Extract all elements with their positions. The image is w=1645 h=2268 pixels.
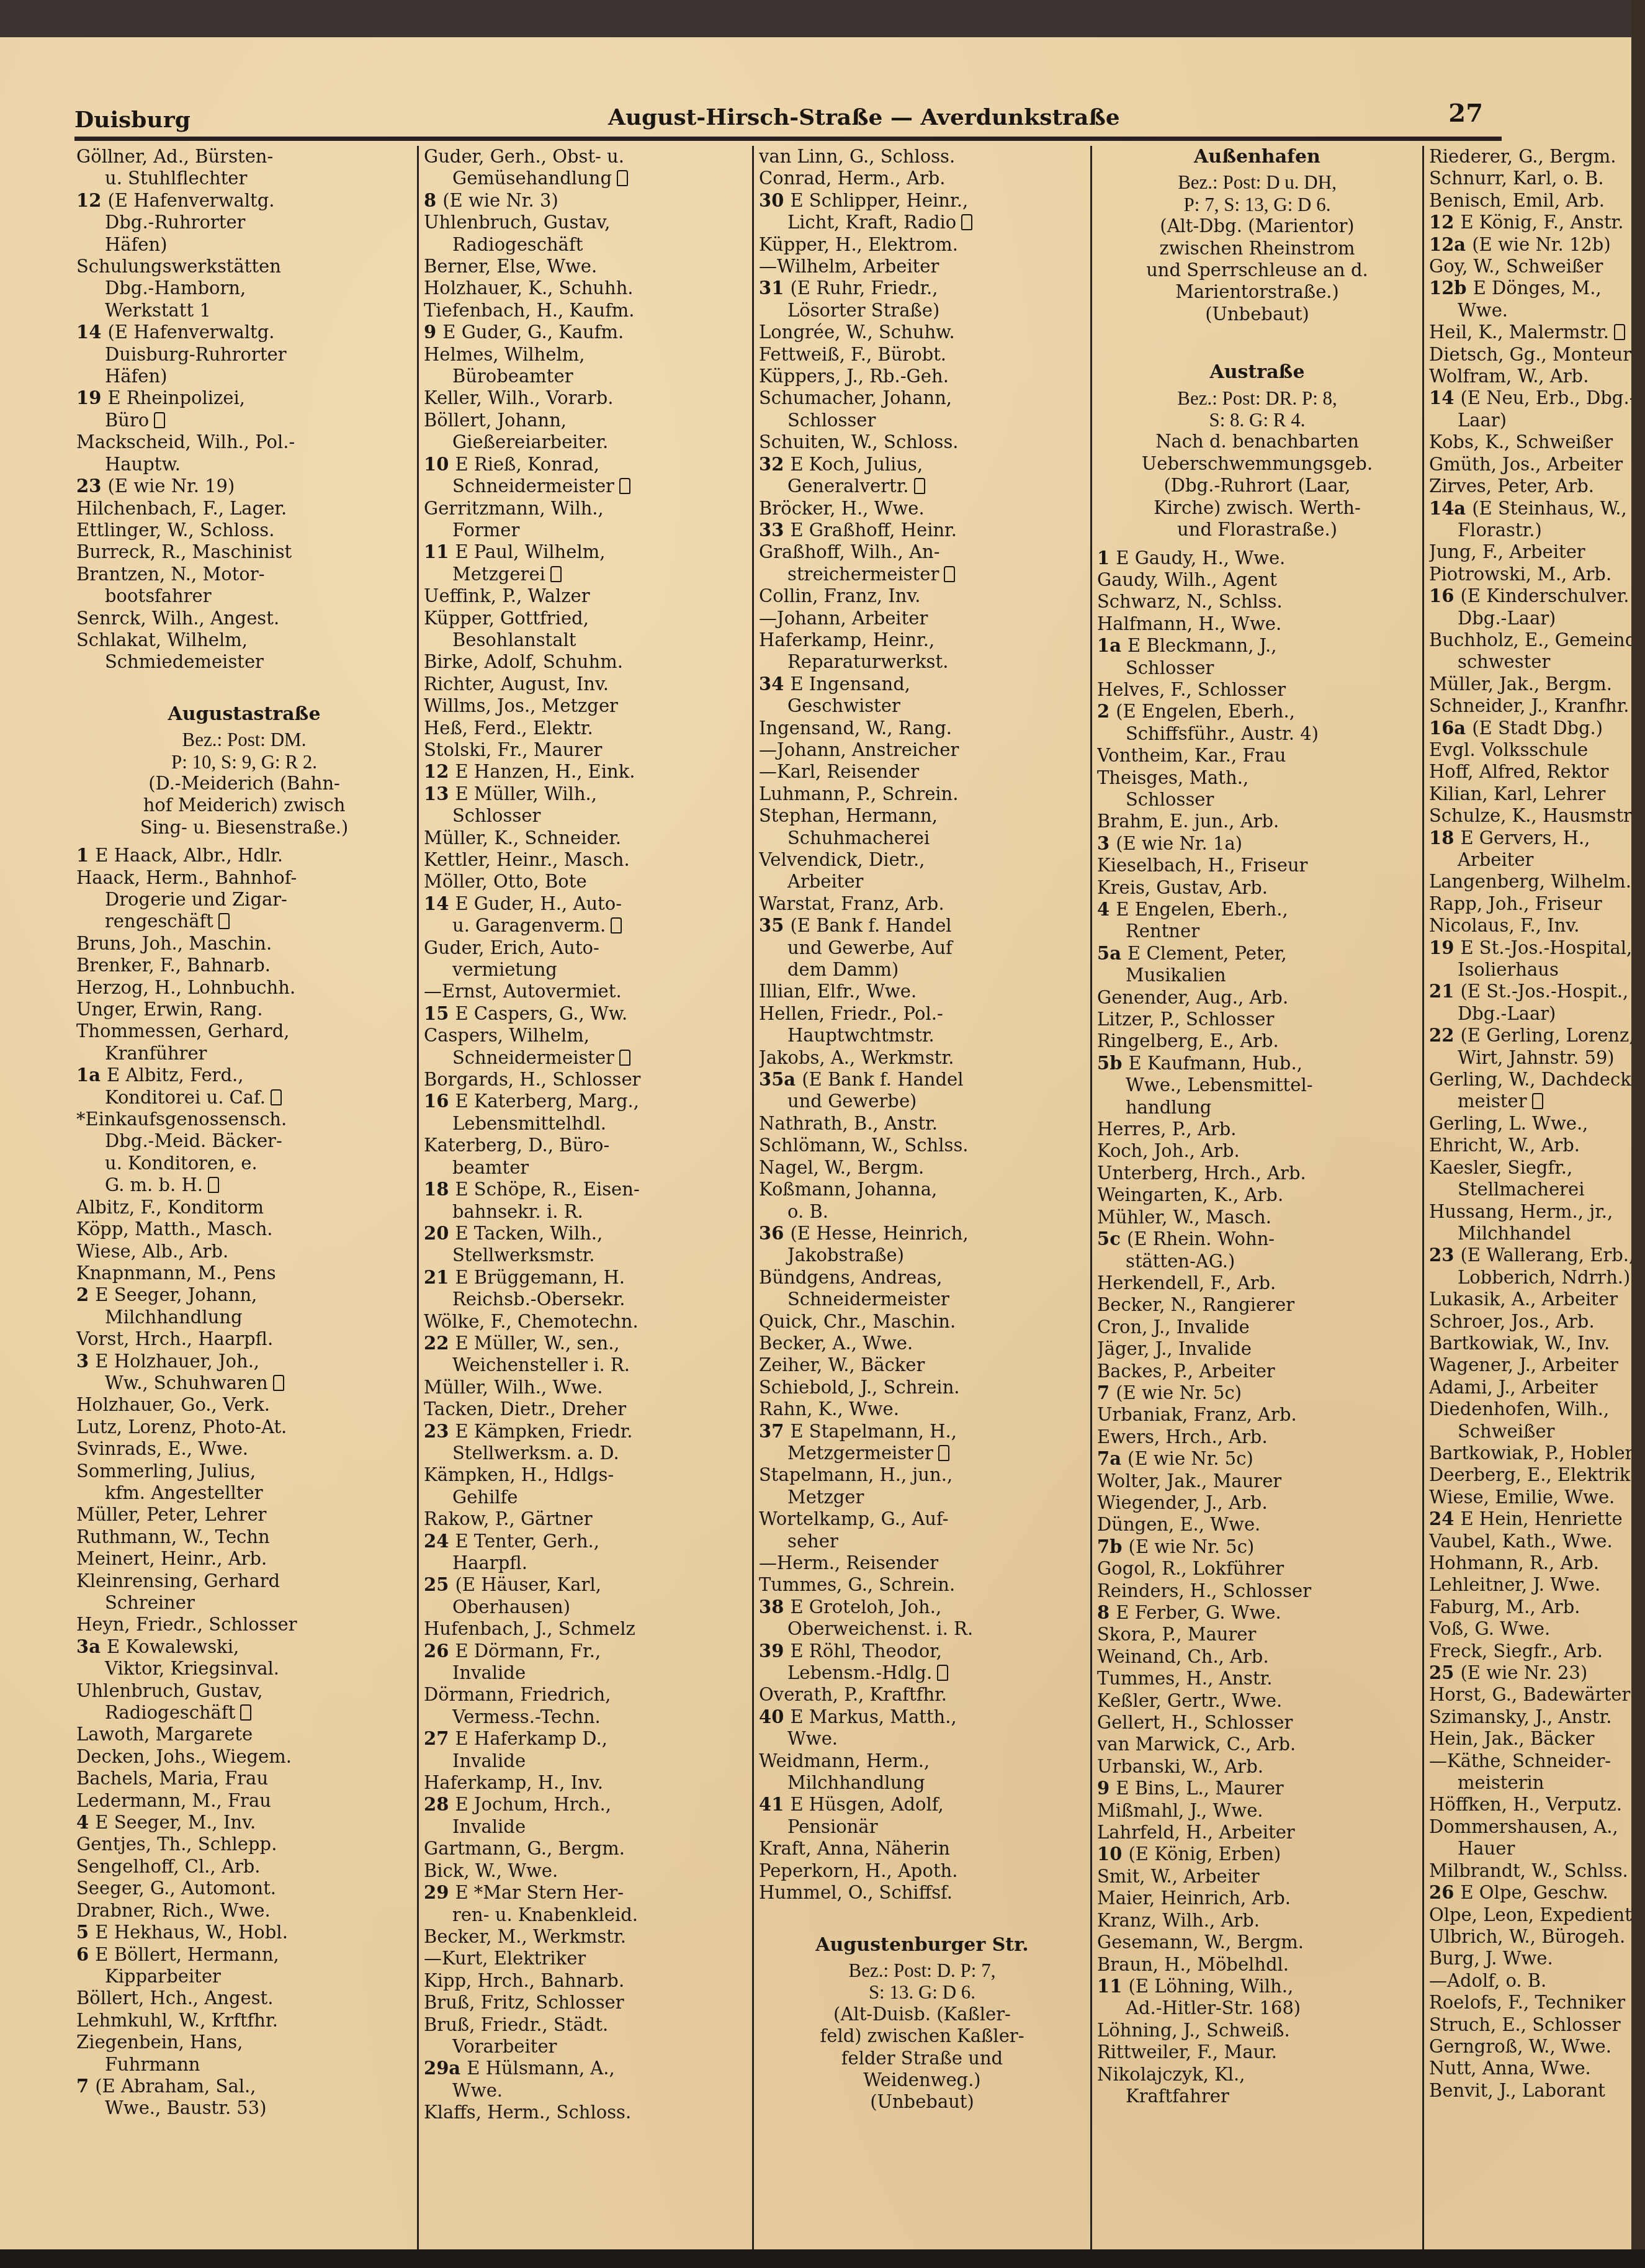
entry-text: Düngen, E., Wwe. <box>1097 1514 1260 1535</box>
entry-continuation: Hauer <box>1429 1838 1645 1860</box>
resident-entry: 14a (E Steinhaus, W., <box>1429 498 1645 520</box>
resident-entry: Schlakat, Wilhelm, <box>76 629 412 651</box>
resident-entry: —Ernst, Autovermiet. <box>424 981 747 1002</box>
scan-top-edge <box>0 0 1645 37</box>
resident-entry: Koch, Joh., Arb. <box>1097 1140 1417 1162</box>
house-number: 28 <box>424 1794 455 1815</box>
telephone-icon <box>619 478 630 494</box>
resident-entry: Hohmann, R., Arb. <box>1429 1552 1645 1574</box>
resident-entry: Schwarz, N., Schlss. <box>1097 591 1417 613</box>
entry-text: Metzgerei <box>452 564 545 585</box>
resident-entry: 35 (E Bank f. Handel <box>759 915 1085 937</box>
entry-text: Schiebold, J., Schrein. <box>759 1377 960 1398</box>
street-description: zwischen Rheinstrom <box>1097 238 1417 259</box>
entry-text: —Ernst, Autovermiet. <box>424 981 622 1002</box>
entry-text: Halfmann, H., Wwe. <box>1097 613 1281 634</box>
entry-text: Geschwister <box>787 695 900 716</box>
resident-entry: Ingensand, W., Rang. <box>759 718 1085 739</box>
entry-text: Brantzen, N., Motor- <box>76 564 264 585</box>
entry-text: Gaudy, Wilh., Agent <box>1097 569 1277 590</box>
resident-entry: Drabner, Rich., Wwe. <box>76 1900 412 1922</box>
entry-text: Nicolaus, F., Inv. <box>1429 915 1579 936</box>
entry-text: Schlosser <box>1126 789 1214 810</box>
entry-continuation: beamter <box>424 1157 747 1179</box>
entry-continuation: Reichsb.-Obersekr. <box>424 1289 747 1310</box>
entry-text: Mackscheid, Wilh., Pol.- <box>76 431 295 452</box>
house-number: 16 <box>424 1091 455 1112</box>
entry-text: Nutt, Anna, Wwe. <box>1429 2058 1591 2079</box>
entry-text: (E Kinderschulver. <box>1460 585 1629 606</box>
resident-entry: —Karl, Reisender <box>759 761 1085 783</box>
entry-text: E Schlipper, Heinr., <box>790 190 968 211</box>
entry-text: Vorst, Hrch., Haarpfl. <box>76 1328 273 1349</box>
entry-text: und Gewerbe) <box>787 1091 917 1112</box>
resident-entry: Gentjes, Th., Schlepp. <box>76 1834 412 1855</box>
resident-entry: Lukasik, A., Arbeiter <box>1429 1289 1645 1310</box>
entry-text: Hellen, Friedr., Pol.- <box>759 1003 943 1024</box>
entry-text: Jakobstraße) <box>787 1244 904 1266</box>
column-2: Guder, Gerh., Obst- u.Gemüsehandlung8 (E… <box>419 146 754 2256</box>
entry-text: Seeger, G., Automont. <box>76 1878 276 1899</box>
entry-continuation: Wwe. <box>759 1728 1085 1750</box>
resident-entry: 30 E Schlipper, Heinr., <box>759 190 1085 212</box>
resident-entry: Wolfram, W., Arb. <box>1429 366 1645 387</box>
entry-text: Haack, Herm., Bahnhof- <box>76 867 297 888</box>
entry-text: Lukasik, A., Arbeiter <box>1429 1289 1618 1310</box>
entry-text: Longrée, W., Schuhw. <box>759 322 955 343</box>
entry-text: bootsfahrer <box>105 585 212 606</box>
entry-text: Benisch, Emil, Arb. <box>1429 190 1605 211</box>
entry-text: Bick, W., Wwe. <box>424 1860 558 1881</box>
entry-text: Jung, F., Arbeiter <box>1429 541 1585 562</box>
resident-entry: Maier, Heinrich, Arb. <box>1097 1888 1417 1909</box>
entry-continuation: Geschwister <box>759 695 1085 717</box>
resident-entry: Caspers, Wilhelm, <box>424 1025 747 1046</box>
entry-continuation: Kraftfahrer <box>1097 2086 1417 2107</box>
entry-text: E Brüggemann, H. <box>455 1267 625 1288</box>
entry-text: Nagel, W., Bergm. <box>759 1157 924 1178</box>
street-description: Kirche) zwisch. Werth- <box>1097 497 1417 519</box>
resident-entry: Nutt, Anna, Wwe. <box>1429 2058 1645 2079</box>
resident-entry: 24 E Tenter, Gerh., <box>424 1531 747 1552</box>
entry-text: Holzhauer, Go., Verk. <box>76 1394 270 1415</box>
entry-text: Tiefenbach, H., Kaufm. <box>424 300 635 321</box>
resident-entry: Schiebold, J., Schrein. <box>759 1377 1085 1398</box>
entry-text: Keßler, Gertr., Wwe. <box>1097 1690 1282 1711</box>
house-number: 7a <box>1097 1448 1127 1469</box>
entry-text: E Graßhoff, Heinr. <box>790 520 957 541</box>
resident-entry: Jung, F., Arbeiter <box>1429 541 1645 563</box>
entry-continuation: Viktor, Kriegsinval. <box>76 1658 412 1680</box>
entry-text: Guder, Erich, Auto- <box>424 937 599 958</box>
entry-text: E Haferkamp D., <box>455 1728 607 1749</box>
entry-text: Diedenhofen, Wilh., <box>1429 1398 1609 1420</box>
resident-entry: Ehricht, W., Arb. <box>1429 1135 1645 1156</box>
entry-text: Cron, J., Invalide <box>1097 1316 1250 1338</box>
entry-text: Kipp, Hrch., Bahnarb. <box>424 1970 624 1991</box>
entry-text: Bruß, Fritz, Schlosser <box>424 1992 624 2013</box>
resident-entry: 32 E Koch, Julius, <box>759 454 1085 475</box>
entry-continuation: Wirt, Jahnstr. 59) <box>1429 1047 1645 1069</box>
entry-text: Isolierhaus <box>1458 959 1559 980</box>
house-number: 12a <box>1429 234 1472 255</box>
house-number: 21 <box>1429 981 1460 1002</box>
entry-continuation: Generalvertr. <box>759 475 1085 497</box>
resident-entry: Reinders, H., Schlosser <box>1097 1580 1417 1602</box>
resident-entry: Böllert, Johann, <box>424 410 747 431</box>
house-number: 10 <box>424 454 455 475</box>
resident-entry: Ringelberg, E., Arb. <box>1097 1030 1417 1052</box>
entry-text: Collin, Franz, Inv. <box>759 585 921 606</box>
resident-entry: 23 E Kämpken, Friedr. <box>424 1421 747 1442</box>
entry-text: Schuhmacherei <box>787 827 930 848</box>
resident-entry: Schumacher, Johann, <box>759 387 1085 409</box>
entry-continuation: Pensionär <box>759 1816 1085 1838</box>
entry-text: Borgards, H., Schlosser <box>424 1069 641 1090</box>
entry-text: Milchhandlung <box>787 1772 925 1793</box>
house-number: 12 <box>76 190 107 211</box>
entry-text: G. m. b. H. <box>105 1174 203 1195</box>
entry-text: (E wie Nr. 23) <box>1460 1662 1587 1683</box>
resident-entry: Riederer, G., Bergm. <box>1429 146 1645 168</box>
scan-right-edge <box>1631 0 1645 2268</box>
entry-continuation: Büro <box>76 410 412 431</box>
resident-entry: Svinrads, E., Wwe. <box>76 1438 412 1460</box>
entry-text: E Böllert, Hermann, <box>95 1944 279 1965</box>
entry-text: Katerberg, D., Büro- <box>424 1135 609 1156</box>
entry-text: E Albitz, Ferd., <box>107 1064 243 1086</box>
resident-entry: Seeger, G., Automont. <box>76 1878 412 1899</box>
entry-text: Herres, P., Arb. <box>1097 1118 1237 1140</box>
entry-text: Meinert, Heinr., Arb. <box>76 1548 267 1569</box>
resident-entry: Horst, G., Badewärter <box>1429 1684 1645 1706</box>
entry-text: (E Stadt Dbg.) <box>1472 718 1603 739</box>
resident-entry: 1a E Bleckmann, J., <box>1097 635 1417 657</box>
entry-text: Gogol, R., Lokführer <box>1097 1558 1284 1579</box>
house-number: 41 <box>759 1794 790 1815</box>
house-number: 6 <box>76 1944 95 1965</box>
resident-entry: Höffken, H., Verputz. <box>1429 1794 1645 1816</box>
resident-entry: Olpe, Leon, Expedient <box>1429 1904 1645 1926</box>
entry-text: Gerritzmann, Wilh., <box>424 498 604 519</box>
resident-entry: Tummes, H., Anstr. <box>1097 1668 1417 1690</box>
house-number: 7b <box>1097 1536 1129 1557</box>
telephone-icon <box>937 1665 948 1681</box>
entry-text: (E wie Nr. 5c) <box>1127 1448 1253 1469</box>
resident-entry: 23 (E Wallerang, Erb., <box>1429 1244 1645 1266</box>
resident-entry: Haack, Herm., Bahnhof- <box>76 867 412 889</box>
entry-continuation: u. Garagenverm. <box>424 915 747 937</box>
entry-text: E Bins, L., Maurer <box>1116 1778 1283 1799</box>
entry-text: Arbeiter <box>787 871 864 892</box>
entry-continuation: Gehilfe <box>424 1487 747 1508</box>
entry-text: (E wie Nr. 1a) <box>1116 833 1242 854</box>
entry-text: handlung <box>1126 1097 1211 1118</box>
house-number: 29 <box>424 1882 455 1903</box>
entry-text: stätten-AG.) <box>1126 1251 1235 1272</box>
entry-text: E Tenter, Gerh., <box>455 1531 599 1552</box>
resident-entry: Nathrath, B., Anstr. <box>759 1113 1085 1135</box>
resident-entry: 16a (E Stadt Dbg.) <box>1429 718 1645 739</box>
entry-text: Kraft, Anna, Näherin <box>759 1838 950 1859</box>
resident-entry: Jakobs, A., Werkmstr. <box>759 1047 1085 1069</box>
resident-entry: Nagel, W., Bergm. <box>759 1157 1085 1179</box>
house-number: 2 <box>76 1284 95 1305</box>
entry-continuation: Weichensteller i. R. <box>424 1354 747 1376</box>
resident-entry: Zirves, Peter, Arb. <box>1429 475 1645 497</box>
entry-text: Horst, G., Badewärter <box>1429 1684 1630 1705</box>
entry-text: E Jochum, Hrch., <box>455 1794 611 1815</box>
entry-continuation: Häfen) <box>76 234 412 256</box>
resident-entry: Heß, Ferd., Elektr. <box>424 718 747 739</box>
entry-text: Wolfram, W., Arb. <box>1429 366 1589 387</box>
resident-entry: Decken, Johs., Wiegem. <box>76 1746 412 1768</box>
resident-entry: Brantzen, N., Motor- <box>76 564 412 585</box>
street-description: (D.-Meiderich (Bahn- <box>76 773 412 794</box>
resident-entry: Unterberg, Hrch., Arb. <box>1097 1163 1417 1184</box>
entry-text: Gerling, W., Dachdecker- <box>1429 1069 1645 1090</box>
house-number: 27 <box>424 1728 455 1749</box>
resident-entry: Stolski, Fr., Maurer <box>424 739 747 761</box>
entry-text: Möller, Otto, Bote <box>424 871 587 892</box>
entry-text: E Hülsmann, A., <box>467 2058 614 2079</box>
entry-text: —Wilhelm, Arbeiter <box>759 256 939 277</box>
resident-entry: Szimansky, J., Anstr. <box>1429 1706 1645 1728</box>
entry-continuation: Konditorei u. Caf. <box>76 1087 412 1109</box>
resident-entry: Peperkorn, H., Apoth. <box>759 1860 1085 1882</box>
entry-text: Büro <box>105 410 149 431</box>
resident-entry: Graßhoff, Wilh., An- <box>759 541 1085 563</box>
entry-text: —Kurt, Elektriker <box>424 1948 586 1969</box>
resident-entry: Schneider, J., Kranfhr. <box>1429 695 1645 717</box>
telephone-icon <box>619 1050 630 1066</box>
entry-text: E Gervers, H., <box>1460 827 1590 848</box>
telephone-icon <box>914 478 925 494</box>
resident-entry: Urbaniak, Franz, Arb. <box>1097 1404 1417 1426</box>
entry-text: Oberweichenst. i. R. <box>787 1618 973 1639</box>
house-number: 30 <box>759 190 790 211</box>
house-number: 39 <box>759 1640 790 1662</box>
resident-entry: Kranz, Wilh., Arb. <box>1097 1910 1417 1932</box>
entry-text: Tacken, Dietr., Dreher <box>424 1398 626 1420</box>
entry-text: Quick, Chr., Maschin. <box>759 1311 956 1332</box>
resident-entry: Wolter, Jak., Maurer <box>1097 1470 1417 1492</box>
house-number: 3 <box>1097 833 1116 854</box>
entry-continuation: Schlosser <box>1097 789 1417 811</box>
entry-text: Lawoth, Margarete <box>76 1724 253 1745</box>
entry-text: Höffken, H., Verputz. <box>1429 1794 1622 1815</box>
entry-text: Werkstatt 1 <box>105 300 211 321</box>
resident-entry: Longrée, W., Schuhw. <box>759 322 1085 343</box>
entry-text: Maier, Heinrich, Arb. <box>1097 1888 1291 1909</box>
entry-continuation: Stellmacherei <box>1429 1179 1645 1200</box>
house-number: 7 <box>1097 1382 1116 1403</box>
street-range: August-Hirsch-Straße — Averdunkstraße <box>608 104 1120 130</box>
resident-entry: Bartkowiak, W., Inv. <box>1429 1333 1645 1354</box>
resident-entry: 10 E Rieß, Konrad, <box>424 454 747 475</box>
street-description: (Alt-Dbg. (Marientor) <box>1097 215 1417 237</box>
entry-text: E St.-Jos.-Hospital, <box>1460 937 1632 958</box>
entry-text: Overath, P., Kraftfhr. <box>759 1684 947 1705</box>
resident-entry: 37 E Stapelmann, H., <box>759 1421 1085 1442</box>
entry-text: Thommessen, Gerhard, <box>76 1020 289 1042</box>
entry-text: E Tacken, Wilh., <box>455 1223 603 1244</box>
entry-text: Kämpken, H., Hdlgs- <box>424 1464 614 1485</box>
entry-continuation: G. m. b. H. <box>76 1174 412 1196</box>
entry-text: Schulungswerkstätten <box>76 256 281 277</box>
resident-entry: Tummes, G., Schrein. <box>759 1574 1085 1596</box>
resident-entry: Köpp, Matth., Masch. <box>76 1218 412 1240</box>
entry-text: Küpper, H., Elektrom. <box>759 234 958 255</box>
entry-text: Schiffsführ., Austr. 4) <box>1126 723 1319 744</box>
resident-entry: 14 E Guder, H., Auto- <box>424 893 747 915</box>
entry-text: Schnurr, Karl, o. B. <box>1429 168 1604 189</box>
resident-entry: Backes, P., Arbeiter <box>1097 1361 1417 1382</box>
entry-text: vermietung <box>452 959 557 980</box>
resident-entry: Wagener, J., Arbeiter <box>1429 1354 1645 1376</box>
house-number: 23 <box>424 1421 455 1442</box>
entry-text: Wwe., Baustr. 53) <box>105 2097 267 2118</box>
resident-entry: 8 E Ferber, G. Wwe. <box>1097 1602 1417 1624</box>
resident-entry: Kraft, Anna, Näherin <box>759 1838 1085 1860</box>
resident-entry: Ledermann, M., Frau <box>76 1790 412 1812</box>
house-number: 35a <box>759 1069 802 1090</box>
resident-entry: Vaubel, Kath., Wwe. <box>1429 1531 1645 1552</box>
entry-text: Graßhoff, Wilh., An- <box>759 541 939 562</box>
resident-entry: Halfmann, H., Wwe. <box>1097 613 1417 635</box>
entry-continuation: und Gewerbe) <box>759 1091 1085 1112</box>
entry-continuation: und Gewerbe, Auf <box>759 937 1085 959</box>
entry-text: Urbanski, W., Arb. <box>1097 1756 1263 1777</box>
entry-text: —Herm., Reisender <box>759 1552 938 1573</box>
resident-entry: Küpper, Gottfried, <box>424 608 747 629</box>
entry-text: Laar) <box>1458 410 1507 431</box>
entry-text: Buchholz, E., Gemeinde- <box>1429 629 1645 650</box>
resident-entry: Wortelkamp, G., Auf- <box>759 1508 1085 1530</box>
entry-continuation: Jakobstraße) <box>759 1244 1085 1266</box>
resident-entry: 26 E Dörmann, Fr., <box>424 1640 747 1662</box>
house-number: 11 <box>424 541 455 562</box>
entry-text: (E Gerling, Lorenz, <box>1460 1025 1634 1046</box>
resident-entry: Kleinrensing, Gerhard <box>76 1570 412 1592</box>
entry-text: Schweißer <box>1458 1421 1554 1442</box>
entry-text: E Kaufmann, Hub., <box>1129 1053 1302 1074</box>
entry-text: E König, F., Anstr. <box>1460 212 1623 233</box>
entry-text: Haferkamp, H., Inv. <box>424 1772 603 1793</box>
entry-text: Bartkowiak, W., Inv. <box>1429 1333 1610 1354</box>
entry-text: Stolski, Fr., Maurer <box>424 739 602 760</box>
entry-text: Böllert, Johann, <box>424 410 567 431</box>
resident-entry: 12 E Hanzen, H., Eink. <box>424 761 747 783</box>
resident-entry: Gartmann, G., Bergm. <box>424 1838 747 1860</box>
street-description: Marientorstraße.) <box>1097 281 1417 303</box>
resident-entry: 26 E Olpe, Geschw. <box>1429 1882 1645 1904</box>
entry-text: —Johann, Anstreicher <box>759 739 959 760</box>
entry-text: Küppers, J., Rb.-Geh. <box>759 366 949 387</box>
entry-text: Drogerie und Zigar- <box>105 889 287 910</box>
entry-text: Schulze, K., Hausmstr. <box>1429 805 1636 826</box>
entry-text: Piotrowski, M., Arb. <box>1429 564 1611 585</box>
resident-entry: Diedenhofen, Wilh., <box>1429 1398 1645 1420</box>
resident-entry: 36 (E Hesse, Heinrich, <box>759 1223 1085 1244</box>
resident-entry: Herres, P., Arb. <box>1097 1118 1417 1140</box>
resident-entry: Unger, Erwin, Rang. <box>76 999 412 1020</box>
entry-text: Lutz, Lorenz, Photo-At. <box>76 1416 287 1438</box>
entry-text: Bündgens, Andreas, <box>759 1267 943 1288</box>
house-number: 9 <box>424 322 442 343</box>
resident-entry: Hufenbach, J., Schmelz <box>424 1618 747 1640</box>
entry-text: Hufenbach, J., Schmelz <box>424 1618 635 1639</box>
resident-entry: Conrad, Herm., Arb. <box>759 168 1085 189</box>
entry-continuation: Vermess.-Techn. <box>424 1706 747 1728</box>
entry-text: Licht, Kraft, Radio <box>787 212 956 233</box>
resident-entry: Ruthmann, W., Techn <box>76 1526 412 1548</box>
entry-text: streichermeister <box>787 564 939 585</box>
entry-text: Albitz, F., Konditorm <box>76 1197 264 1218</box>
entry-text: Häfen) <box>105 234 167 255</box>
resident-entry: 27 E Haferkamp D., <box>424 1728 747 1750</box>
entry-text: Drabner, Rich., Wwe. <box>76 1900 271 1921</box>
resident-entry: 8 (E wie Nr. 3) <box>424 190 747 212</box>
entry-text: Gesemann, W., Bergm. <box>1097 1932 1304 1953</box>
street-description: feld) zwischen Kaßler- <box>759 2025 1085 2047</box>
entry-text: Metzgermeister <box>787 1442 933 1464</box>
entry-continuation: Schiffsführ., Austr. 4) <box>1097 723 1417 745</box>
entry-text: Becker, A., Wwe. <box>759 1333 913 1354</box>
entry-text: (E Hafenverwaltg. <box>107 322 274 343</box>
house-number: 8 <box>424 190 442 211</box>
resident-entry: Lehleitner, J. Wwe. <box>1429 1574 1645 1596</box>
street-description: und Florastraße.) <box>1097 519 1417 541</box>
resident-entry: 1a E Albitz, Ferd., <box>76 1064 412 1086</box>
entry-text: und Gewerbe, Auf <box>787 937 952 958</box>
entry-text: Ueffink, P., Walzer <box>424 585 590 606</box>
house-number: 18 <box>424 1179 455 1200</box>
resident-entry: Lutz, Lorenz, Photo-At. <box>76 1416 412 1438</box>
entry-text: (E Neu, Erb., Dbg.- <box>1460 387 1635 408</box>
street-heading: Austraße <box>1097 361 1417 383</box>
resident-entry: Litzer, P., Schlosser <box>1097 1009 1417 1030</box>
entry-continuation: Milchhandlung <box>759 1772 1085 1794</box>
entry-text: Bachels, Maria, Frau <box>76 1768 268 1789</box>
resident-entry: Bachels, Maria, Frau <box>76 1768 412 1789</box>
entry-continuation: Werkstatt 1 <box>76 300 412 322</box>
street-description: (Alt-Duisb. (Kaßler- <box>759 2004 1085 2025</box>
entry-continuation: Schreiner <box>76 1592 412 1614</box>
column-4: AußenhafenBez.: Post: D u. DH,P: 7, S: 1… <box>1092 146 1424 2256</box>
resident-entry: Bruß, Fritz, Schlosser <box>424 1992 747 2014</box>
entry-text: —Käthe, Schneider- <box>1429 1750 1611 1771</box>
telephone-icon <box>550 566 562 582</box>
column-5: Riederer, G., Bergm.Schnurr, Karl, o. B.… <box>1424 146 1645 2256</box>
entry-continuation: Florastr.) <box>1429 520 1645 541</box>
entry-continuation: Schneidermeister <box>759 1289 1085 1310</box>
entry-text: E Seeger, M., Inv. <box>95 1812 256 1833</box>
page-number: 27 <box>1448 99 1483 128</box>
entry-text: Schneider, J., Kranfhr. <box>1429 695 1629 716</box>
entry-text: Deerberg, E., Elektrik. <box>1429 1464 1636 1485</box>
resident-entry: Müller, Peter, Lehrer <box>76 1504 412 1526</box>
resident-entry: 21 E Brüggemann, H. <box>424 1267 747 1289</box>
entry-text: Kilian, Karl, Lehrer <box>1429 783 1605 804</box>
entry-text: Ingensand, W., Rang. <box>759 718 952 739</box>
resident-entry: 10 (E König, Erben) <box>1097 1843 1417 1865</box>
entry-continuation: Dbg.-Laar) <box>1429 1003 1645 1025</box>
entry-text: Wwe., Lebensmittel- <box>1126 1074 1312 1096</box>
resident-entry: Meinert, Heinr., Arb. <box>76 1548 412 1570</box>
resident-entry: Tacken, Dietr., Dreher <box>424 1398 747 1420</box>
entry-text: Holzhauer, K., Schuhh. <box>424 277 634 299</box>
